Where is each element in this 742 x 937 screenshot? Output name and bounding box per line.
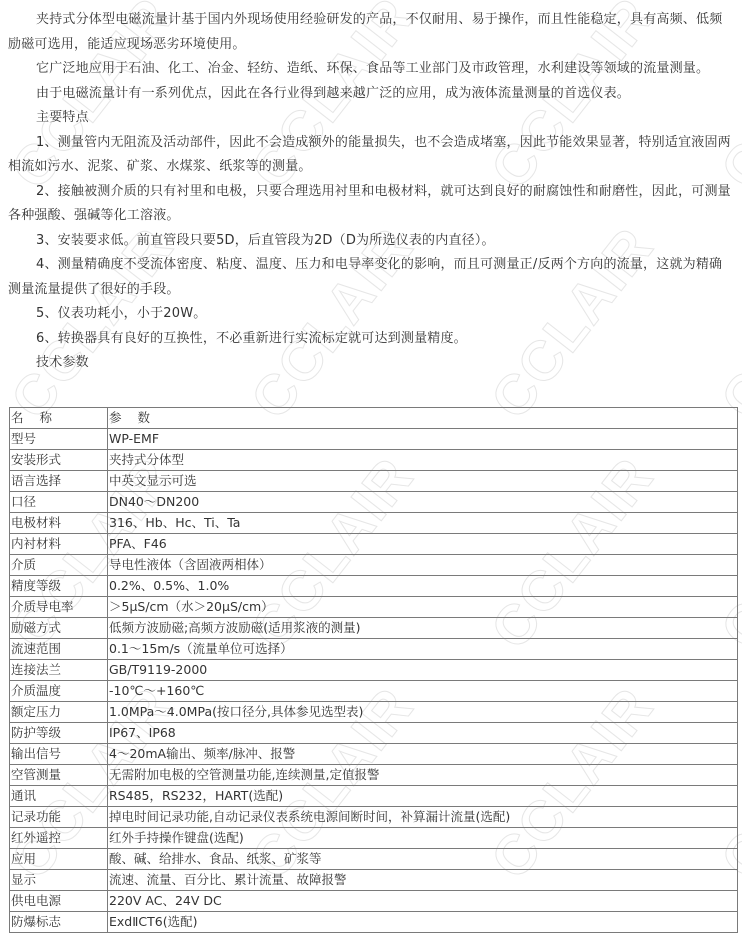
spec-value-cell: 红外手持操作键盘(选配) (108, 828, 738, 849)
intro-paragraph: 它广泛地应用于石油、化工、冶金、轻纺、造纸、环保、食品等工业部门及市政管理，水利… (8, 57, 734, 82)
table-row: 介质导电率＞5μS/cm（水＞20μS/cm） (10, 597, 738, 618)
table-row: 口径DN40～DN200 (10, 492, 738, 513)
table-row: 安装形式夹持式分体型 (10, 450, 738, 471)
table-row: 应用酸、碱、给排水、食品、纸浆、矿浆等 (10, 849, 738, 870)
spec-name-cell: 应用 (10, 849, 108, 870)
table-row: 额定压力1.0MPa～4.0MPa(按口径分,具体参见选型表) (10, 702, 738, 723)
intro-paragraph: 由于电磁流量计有一系列优点，因此在各行业得到越来越广泛的应用，成为液体流量测量的… (8, 82, 734, 107)
product-description: 夹持式分体型电磁流量计基于国内外现场使用经验研发的产品，不仅耐用、易于操作，而且… (0, 0, 742, 376)
spec-value-cell: RS485，RS232，HART(选配) (108, 786, 738, 807)
spec-name-cell: 输出信号 (10, 744, 108, 765)
spec-value-cell: 0.2%、0.5%、1.0% (108, 576, 738, 597)
column-header-name: 名 称 (10, 408, 108, 429)
spec-name-cell: 记录功能 (10, 807, 108, 828)
spec-name-cell: 流速范围 (10, 639, 108, 660)
table-row: 内衬材料PFA、F46 (10, 534, 738, 555)
table-row: 介质温度-10℃～+160℃ (10, 681, 738, 702)
spec-name-cell: 连接法兰 (10, 660, 108, 681)
table-header-row: 名 称 参 数 (10, 408, 738, 429)
spec-name-cell: 防爆标志 (10, 912, 108, 933)
table-row: 记录功能掉电时间记录功能,自动记录仪表系统电源间断时间，补算漏计流量(选配) (10, 807, 738, 828)
spec-name-cell: 介质 (10, 555, 108, 576)
spec-name-cell: 显示 (10, 870, 108, 891)
spec-name-cell: 空管测量 (10, 765, 108, 786)
table-row: 电极材料316、Hb、Hc、Ti、Ta (10, 513, 738, 534)
table-row: 语言选择中英文显示可选 (10, 471, 738, 492)
table-row: 显示流速、流量、百分比、累计流量、故障报警 (10, 870, 738, 891)
spec-name-cell: 额定压力 (10, 702, 108, 723)
table-row: 供电电源220V AC、24V DC (10, 891, 738, 912)
spec-name-cell: 型号 (10, 429, 108, 450)
spec-name-cell: 口径 (10, 492, 108, 513)
table-row: 连接法兰GB/T9119-2000 (10, 660, 738, 681)
table-row: 输出信号4～20mA输出、频率/脉冲、报警 (10, 744, 738, 765)
spec-value-cell: 4～20mA输出、频率/脉冲、报警 (108, 744, 738, 765)
spec-value-cell: DN40～DN200 (108, 492, 738, 513)
feature-item: 2、接触被测介质的只有衬里和电极，只要合理选用衬里和电极材料，就可达到良好的耐腐… (8, 180, 734, 229)
feature-item: 1、测量管内无阻流及活动部件，因此不会造成额外的能量损失，也不会造成堵塞，因此节… (8, 131, 734, 180)
spec-value-cell: 无需附加电极的空管测量功能,连续测量,定值报警 (108, 765, 738, 786)
spec-value-cell: 流速、流量、百分比、累计流量、故障报警 (108, 870, 738, 891)
spec-value-cell: 中英文显示可选 (108, 471, 738, 492)
table-row: 红外遥控红外手持操作键盘(选配) (10, 828, 738, 849)
spec-value-cell: IP67、IP68 (108, 723, 738, 744)
feature-item: 6、转换器具有良好的互换性，不必重新进行实流标定就可达到测量精度。 (8, 327, 734, 352)
spec-name-cell: 安装形式 (10, 450, 108, 471)
spec-table: 名 称 参 数 型号WP-EMF安装形式夹持式分体型语言选择中英文显示可选口径D… (9, 407, 738, 933)
table-row: 型号WP-EMF (10, 429, 738, 450)
spec-value-cell: 低频方波励磁;高频方波励磁(适用浆液的测量) (108, 618, 738, 639)
spec-name-cell: 电极材料 (10, 513, 108, 534)
spec-value-cell: ExdⅡCT6(选配) (108, 912, 738, 933)
spec-name-cell: 内衬材料 (10, 534, 108, 555)
spec-value-cell: 夹持式分体型 (108, 450, 738, 471)
spec-name-cell: 语言选择 (10, 471, 108, 492)
features-heading: 主要特点 (8, 106, 734, 131)
spec-name-cell: 精度等级 (10, 576, 108, 597)
spec-value-cell: 1.0MPa～4.0MPa(按口径分,具体参见选型表) (108, 702, 738, 723)
spec-name-cell: 供电电源 (10, 891, 108, 912)
spec-value-cell: PFA、F46 (108, 534, 738, 555)
spec-name-cell: 介质导电率 (10, 597, 108, 618)
column-header-value: 参 数 (108, 408, 738, 429)
table-row: 防护等级IP67、IP68 (10, 723, 738, 744)
table-row: 空管测量无需附加电极的空管测量功能,连续测量,定值报警 (10, 765, 738, 786)
spec-name-cell: 介质温度 (10, 681, 108, 702)
intro-paragraph: 夹持式分体型电磁流量计基于国内外现场使用经验研发的产品，不仅耐用、易于操作，而且… (8, 8, 734, 57)
spec-value-cell: 酸、碱、给排水、食品、纸浆、矿浆等 (108, 849, 738, 870)
table-row: 励磁方式低频方波励磁;高频方波励磁(适用浆液的测量) (10, 618, 738, 639)
spec-value-cell: 220V AC、24V DC (108, 891, 738, 912)
spec-name-cell: 通讯 (10, 786, 108, 807)
spec-value-cell: 掉电时间记录功能,自动记录仪表系统电源间断时间，补算漏计流量(选配) (108, 807, 738, 828)
feature-item: 5、仪表功耗小，小于20W。 (8, 302, 734, 327)
feature-item: 3、安装要求低。前直管段只要5D，后直管段为2D（D为所选仪表的内直径）。 (8, 229, 734, 254)
specs-heading: 技术参数 (8, 351, 734, 376)
spec-value-cell: 导电性液体（含固液两相体） (108, 555, 738, 576)
spec-value-cell: GB/T9119-2000 (108, 660, 738, 681)
table-row: 精度等级0.2%、0.5%、1.0% (10, 576, 738, 597)
table-row: 流速范围0.1～15m/s（流量单位可选择） (10, 639, 738, 660)
table-row: 防爆标志ExdⅡCT6(选配) (10, 912, 738, 933)
feature-item: 4、测量精确度不受流体密度、粘度、温度、压力和电导率变化的影响，而且可测量正/反… (8, 253, 734, 302)
spec-name-cell: 防护等级 (10, 723, 108, 744)
spec-name-cell: 励磁方式 (10, 618, 108, 639)
spec-value-cell: -10℃～+160℃ (108, 681, 738, 702)
spec-value-cell: WP-EMF (108, 429, 738, 450)
spec-value-cell: 316、Hb、Hc、Ti、Ta (108, 513, 738, 534)
spec-value-cell: 0.1～15m/s（流量单位可选择） (108, 639, 738, 660)
spec-name-cell: 红外遥控 (10, 828, 108, 849)
table-row: 通讯RS485，RS232，HART(选配) (10, 786, 738, 807)
spec-value-cell: ＞5μS/cm（水＞20μS/cm） (108, 597, 738, 618)
table-row: 介质导电性液体（含固液两相体） (10, 555, 738, 576)
